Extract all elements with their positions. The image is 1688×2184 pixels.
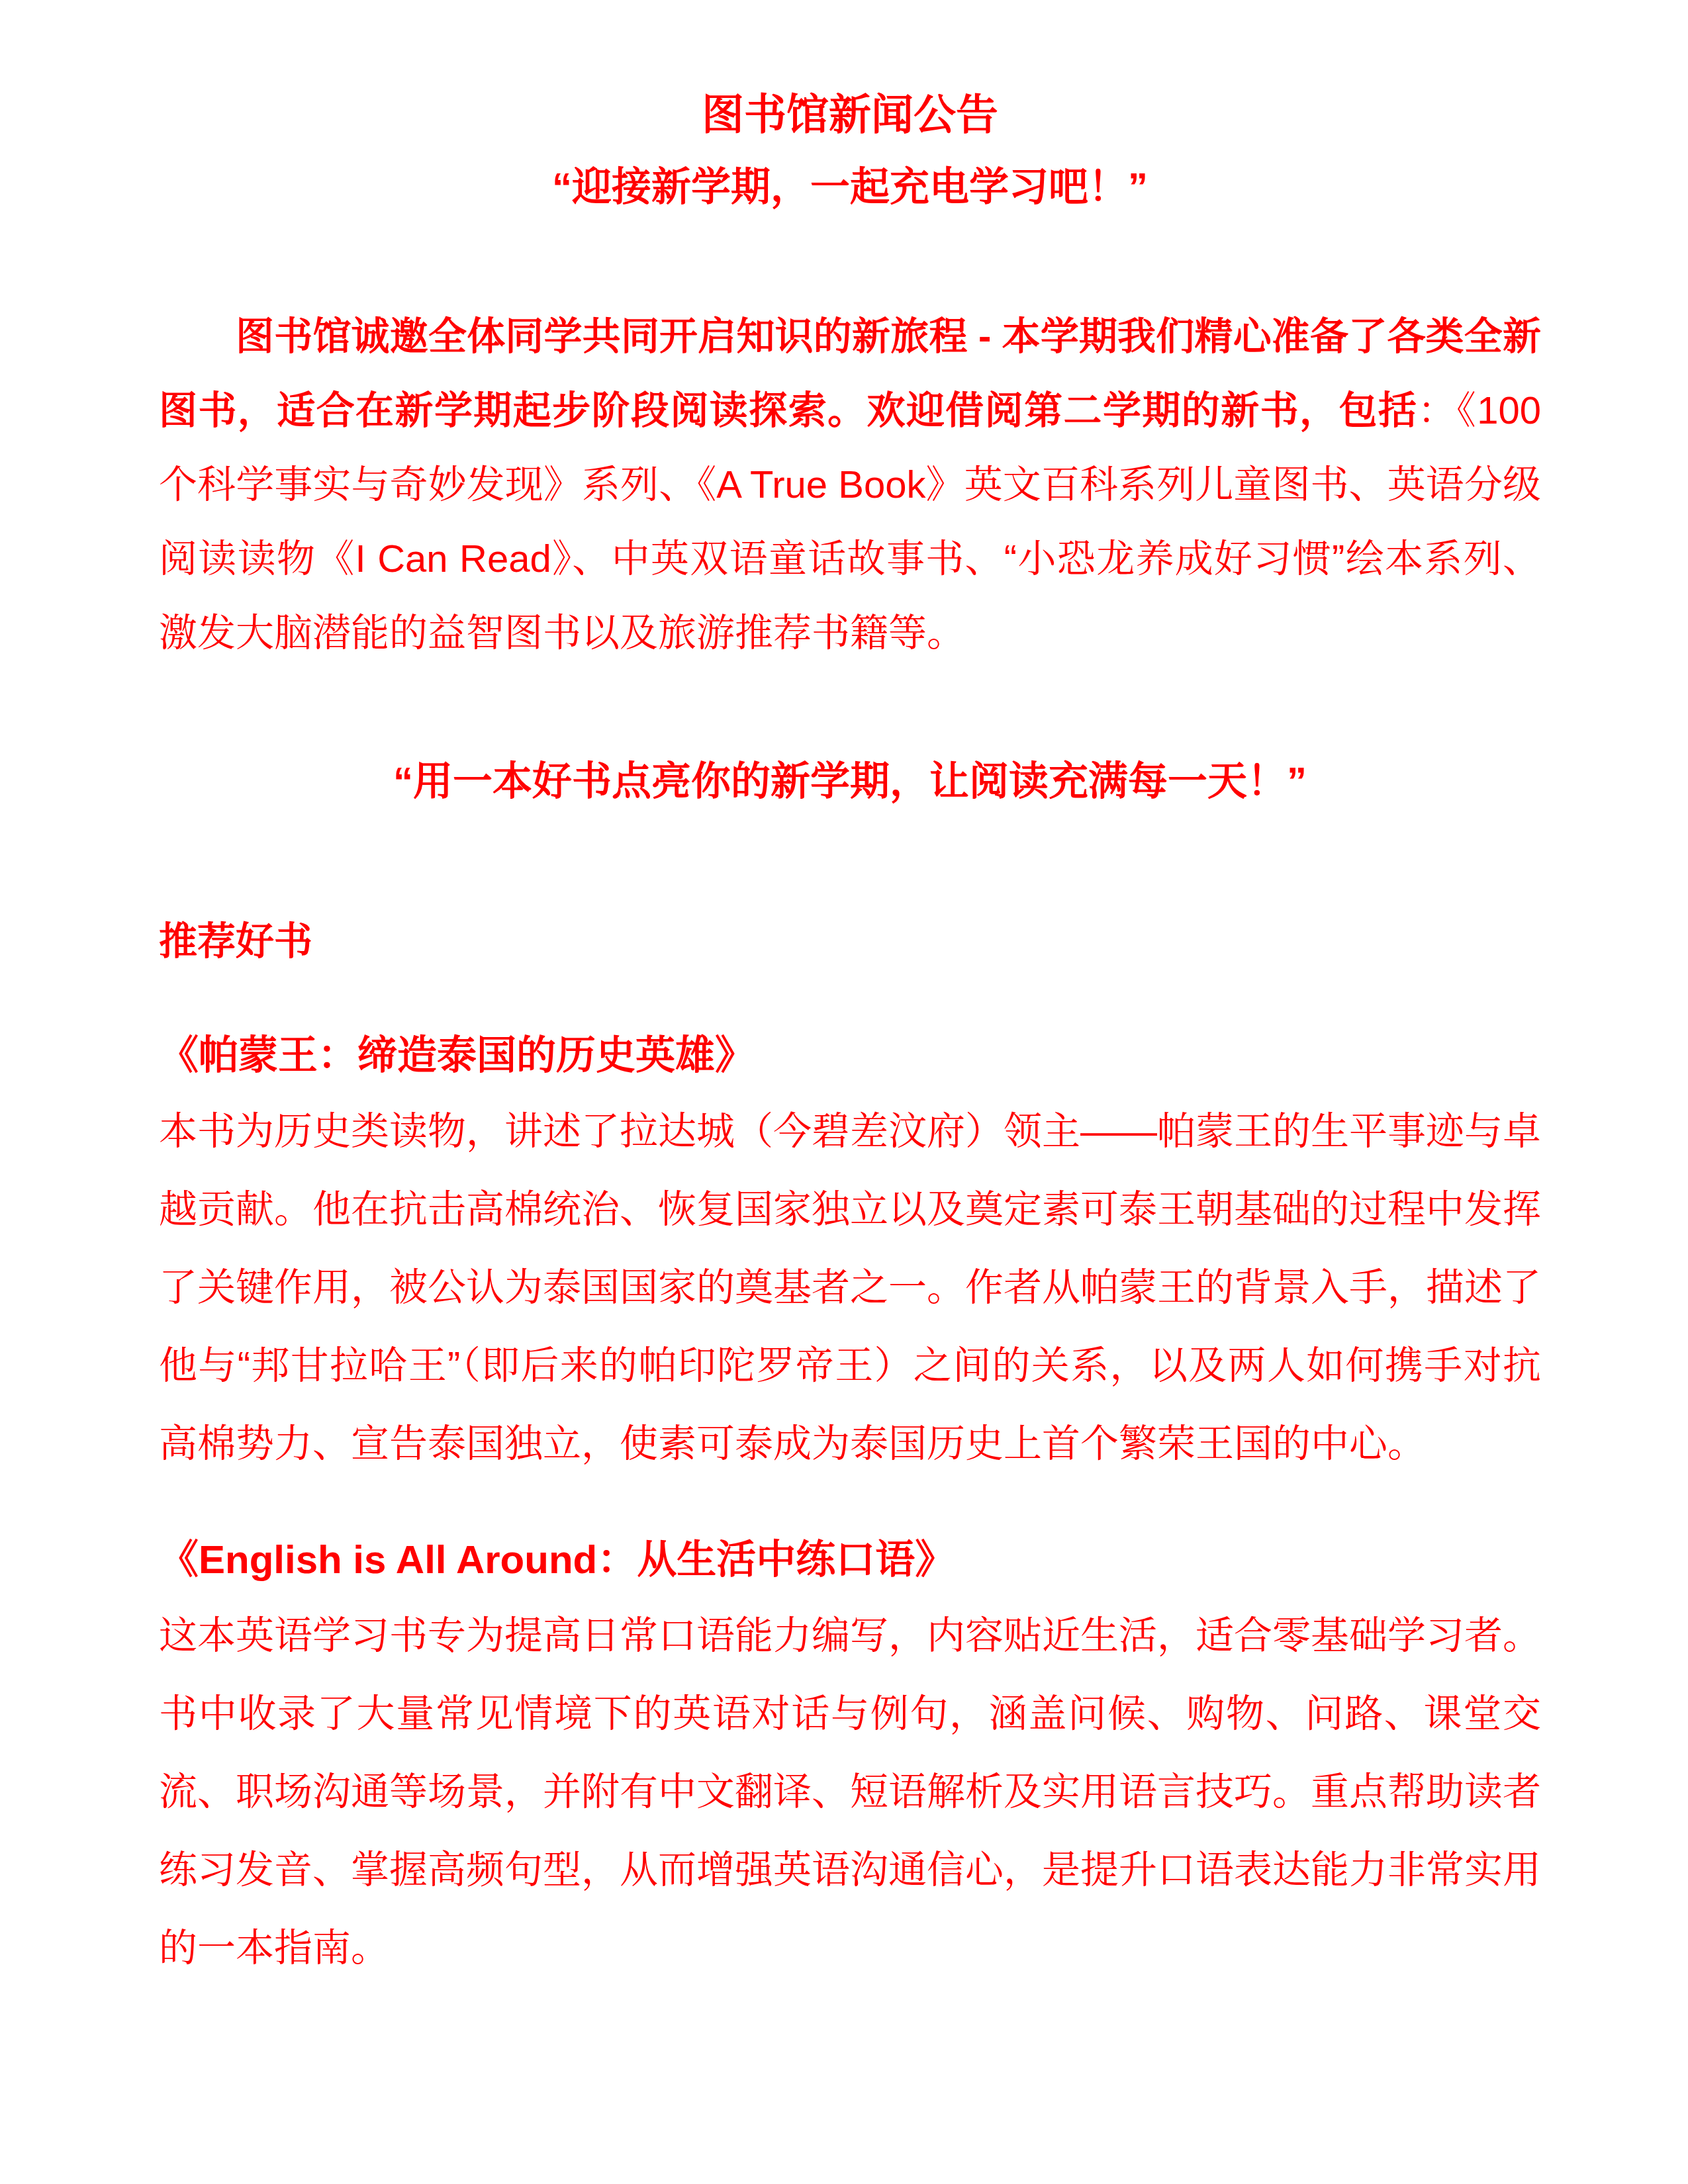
- document-page: 图书馆新闻公告 “迎接新学期，一起充电学习吧！” 图书馆诚邀全体同学共同开启知识…: [0, 0, 1688, 2184]
- book-title: 《English is All Around：从生活中练口语》: [159, 1523, 1541, 1597]
- book-description: 这本英语学习书专为提高日常口语能力编写，内容贴近生活，适合零基础学习者。书中收录…: [159, 1597, 1541, 1987]
- book-title: 《帕蒙王：缔造泰国的历史英雄》: [159, 1019, 1541, 1093]
- book-description: 本书为历史类读物，讲述了拉达城（今碧差汶府）领主——帕蒙王的生平事迹与卓越贡献。…: [159, 1093, 1541, 1483]
- section-heading-recommended-books: 推荐好书: [159, 905, 1541, 979]
- intro-paragraph: 图书馆诚邀全体同学共同开启知识的新旅程 - 本学期我们精心准备了各类全新图书，适…: [159, 300, 1541, 670]
- intro-bold-text: 图书馆诚邀全体同学共同开启知识的新旅程 - 本学期我们精心准备了各类全新图书，适…: [159, 315, 1541, 432]
- page-title: 图书馆新闻公告: [159, 78, 1541, 151]
- book-item: 《English is All Around：从生活中练口语》 这本英语学习书专…: [159, 1523, 1541, 1987]
- quote-line: “用一本好书点亮你的新学期，让阅读充满每一天！”: [159, 745, 1541, 819]
- page-subtitle: “迎接新学期，一起充电学习吧！”: [159, 151, 1541, 224]
- book-item: 《帕蒙王：缔造泰国的历史英雄》 本书为历史类读物，讲述了拉达城（今碧差汶府）领主…: [159, 1019, 1541, 1483]
